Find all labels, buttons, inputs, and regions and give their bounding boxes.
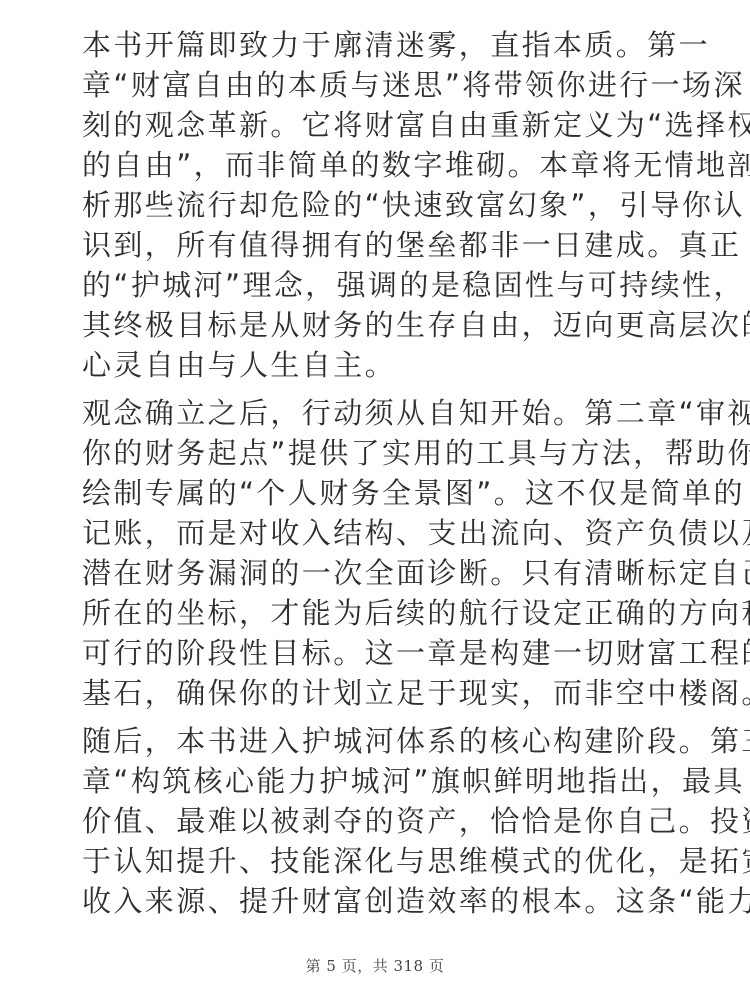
text-line: 你的财务起点”提供了实用的工具与方法，帮助你 [82,433,682,473]
text-line: 的自由”，而非简单的数字堆砌。本章将无情地剖 [82,145,682,185]
text-line: 析那些流行却危险的“快速致富幻象”，引导你认 [82,185,682,225]
text-line: 基石，确保你的计划立足于现实，而非空中楼阁。 [82,673,682,713]
text-line: 于认知提升、技能深化与思维模式的优化，是拓宽 [82,841,682,881]
text-line: 潜在财务漏洞的一次全面诊断。只有清晰标定自己 [82,553,682,593]
text-line: 章“构筑核心能力护城河”旗帜鲜明地指出，最具 [82,761,682,801]
paragraph-1: 本书开篇即致力于廓清迷雾，直指本质。第一 章“财富自由的本质与迷思”将带领你进行… [82,25,682,385]
text-line: 章“财富自由的本质与迷思”将带领你进行一场深 [82,65,682,105]
text-line: 收入来源、提升财富创造效率的根本。这条“能力 [82,881,682,921]
text-line: 随后，本书进入护城河体系的核心构建阶段。第三 [82,721,682,761]
text-line: 观念确立之后，行动须从自知开始。第二章“审视 [82,393,682,433]
text-line: 价值、最难以被剥夺的资产，恰恰是你自己。投资 [82,801,682,841]
text-line: 所在的坐标，才能为后续的航行设定正确的方向和 [82,593,682,633]
paragraph-3: 随后，本书进入护城河体系的核心构建阶段。第三 章“构筑核心能力护城河”旗帜鲜明地… [82,721,682,921]
paragraph-2: 观念确立之后，行动须从自知开始。第二章“审视 你的财务起点”提供了实用的工具与方… [82,393,682,713]
text-line: 可行的阶段性目标。这一章是构建一切财富工程的 [82,633,682,673]
document-page: 本书开篇即致力于廓清迷雾，直指本质。第一 章“财富自由的本质与迷思”将带领你进行… [82,25,682,929]
text-line: 的“护城河”理念，强调的是稳固性与可持续性， [82,265,682,305]
text-line: 其终极目标是从财务的生存自由，迈向更高层次的 [82,305,682,345]
text-line: 识到，所有值得拥有的堡垒都非一日建成。真正 [82,225,682,265]
text-line: 记账，而是对收入结构、支出流向、资产负债以及 [82,513,682,553]
text-line: 刻的观念革新。它将财富自由重新定义为“选择权 [82,105,682,145]
text-line: 绘制专属的“个人财务全景图”。这不仅是简单的 [82,473,682,513]
page-indicator: 第 5 页，共 318 页 [0,955,750,976]
text-line: 本书开篇即致力于廓清迷雾，直指本质。第一 [82,25,682,65]
text-line: 心灵自由与人生自主。 [82,345,682,385]
